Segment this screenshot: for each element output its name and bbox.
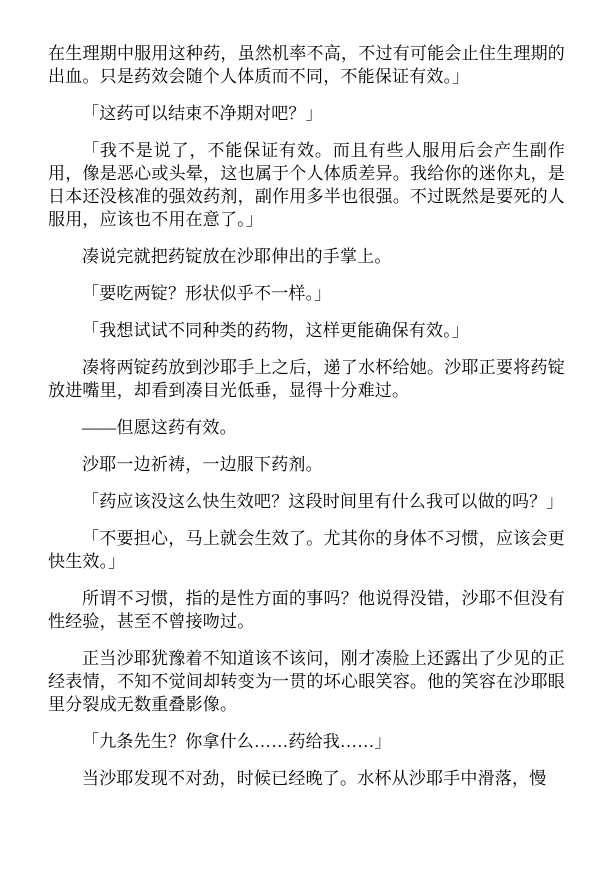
paragraph: 「要吃两锭？形状似乎不一样。」: [48, 282, 565, 305]
paragraph: 「不要担心，马上就会生效了。尤其你的身体不习惯，应该会更快生效。」: [48, 527, 565, 573]
paragraph: 所谓不习惯，指的是性方面的事吗？他说得没错，沙耶不但没有性经验，甚至不曾接吻过。: [48, 587, 565, 633]
paragraph: 正当沙耶犹豫着不知道该不该问，刚才凑脸上还露出了少见的正经表情，不知不觉间却转变…: [48, 647, 565, 716]
paragraph: ——但愿这药有效。: [48, 416, 565, 439]
paragraph: 「九条先生？你拿什么……药给我……」: [48, 730, 565, 753]
paragraph: 「我不是说了，不能保证有效。而且有些人服用后会产生副作用，像是恶心或头晕，这也属…: [48, 139, 565, 231]
paragraph: 凑将两锭药放到沙耶手上之后，递了水杯给她。沙耶正要将药锭放进嘴里，却看到凑目光低…: [48, 356, 565, 402]
page-text: 在生理期中服用这种药，虽然机率不高，不过有可能会止住生理期的出血。只是药效会随个…: [48, 42, 565, 790]
paragraph: 当沙耶发现不对劲，时候已经晚了。水杯从沙耶手中滑落，慢: [48, 767, 565, 790]
paragraph: 凑说完就把药锭放在沙耶伸出的手掌上。: [48, 245, 565, 268]
novel-page: 在生理期中服用这种药，虽然机率不高，不过有可能会止住生理期的出血。只是药效会随个…: [0, 0, 613, 869]
paragraph: 「这药可以结束不净期对吧？」: [48, 102, 565, 125]
paragraph: 「药应该没这么快生效吧？这段时间里有什么我可以做的吗？」: [48, 490, 565, 513]
paragraph: 沙耶一边祈祷，一边服下药剂。: [48, 453, 565, 476]
paragraph: 「我想试试不同种类的药物，这样更能确保有效。」: [48, 319, 565, 342]
paragraph: 在生理期中服用这种药，虽然机率不高，不过有可能会止住生理期的出血。只是药效会随个…: [48, 42, 565, 88]
